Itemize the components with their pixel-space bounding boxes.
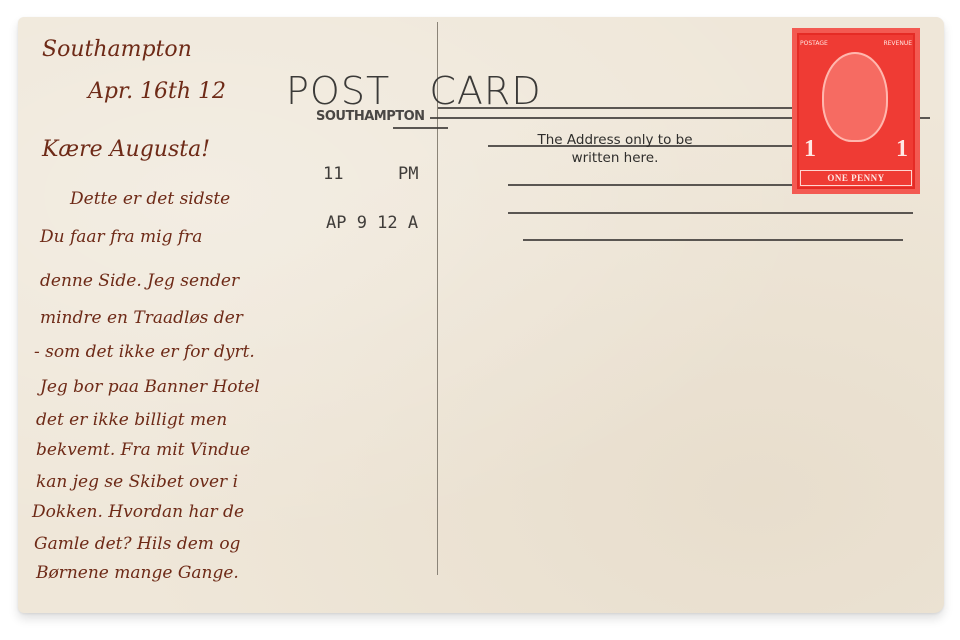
- stamp-value-left: 1: [804, 136, 816, 163]
- stamp-value-right: 1: [896, 136, 908, 163]
- postmark-time-number: 11: [323, 164, 343, 184]
- address-instruction-line-1: The Address only to be: [496, 131, 734, 149]
- postmark-time-ampm: PM: [398, 164, 418, 184]
- message-line: kan jeg se Skibet over i: [36, 472, 238, 492]
- message-line: Jeg bor paa Banner Hotel: [40, 377, 260, 397]
- message-line: det er ikke billigt men: [36, 410, 227, 430]
- message-line: bekvemt. Fra mit Vindue: [36, 440, 250, 460]
- message-place: Southampton: [42, 37, 192, 62]
- message-line: - som det ikke er for dyrt.: [34, 342, 255, 362]
- message-date: Apr. 16th 12: [88, 79, 226, 104]
- stamp-revenue-label: REVENUE: [883, 40, 912, 47]
- message-line: denne Side. Jeg sender: [40, 271, 239, 291]
- message-line: Dokken. Hvordan har de: [32, 502, 244, 522]
- king-portrait-icon: [822, 52, 888, 142]
- message-line: Børnene mange Gange.: [36, 563, 239, 583]
- postmark-cancel-line: [438, 107, 818, 109]
- stamp-top-labels: POSTAGE REVENUE: [800, 40, 912, 47]
- postcard: POST CARD SOUTHAMPTON 11 PM AP 9 12 A Th…: [18, 17, 944, 613]
- postage-stamp: POSTAGE REVENUE 1 1 ONE PENNY: [792, 28, 920, 194]
- message-line: Gamle det? Hils dem og: [34, 534, 240, 554]
- address-instruction: The Address only to be written here.: [496, 131, 734, 167]
- address-instruction-line-2: written here.: [496, 149, 734, 167]
- stamp-postage-label: POSTAGE: [800, 40, 828, 47]
- message-line: Du faar fra mig fra: [40, 227, 202, 247]
- postmark-town: SOUTHAMPTON: [316, 109, 425, 124]
- postmark-cancel-line: [508, 212, 913, 214]
- message-salutation: Kære Augusta!: [42, 137, 210, 162]
- stamp-value-label: ONE PENNY: [800, 170, 912, 186]
- postmark-cancel-line: [523, 239, 903, 241]
- message-line: mindre en Traadløs der: [40, 308, 243, 328]
- message-line: Dette er det sidste: [70, 189, 230, 209]
- postmark-date: AP 9 12 A: [326, 213, 418, 233]
- postmark-cancel-line: [393, 127, 448, 129]
